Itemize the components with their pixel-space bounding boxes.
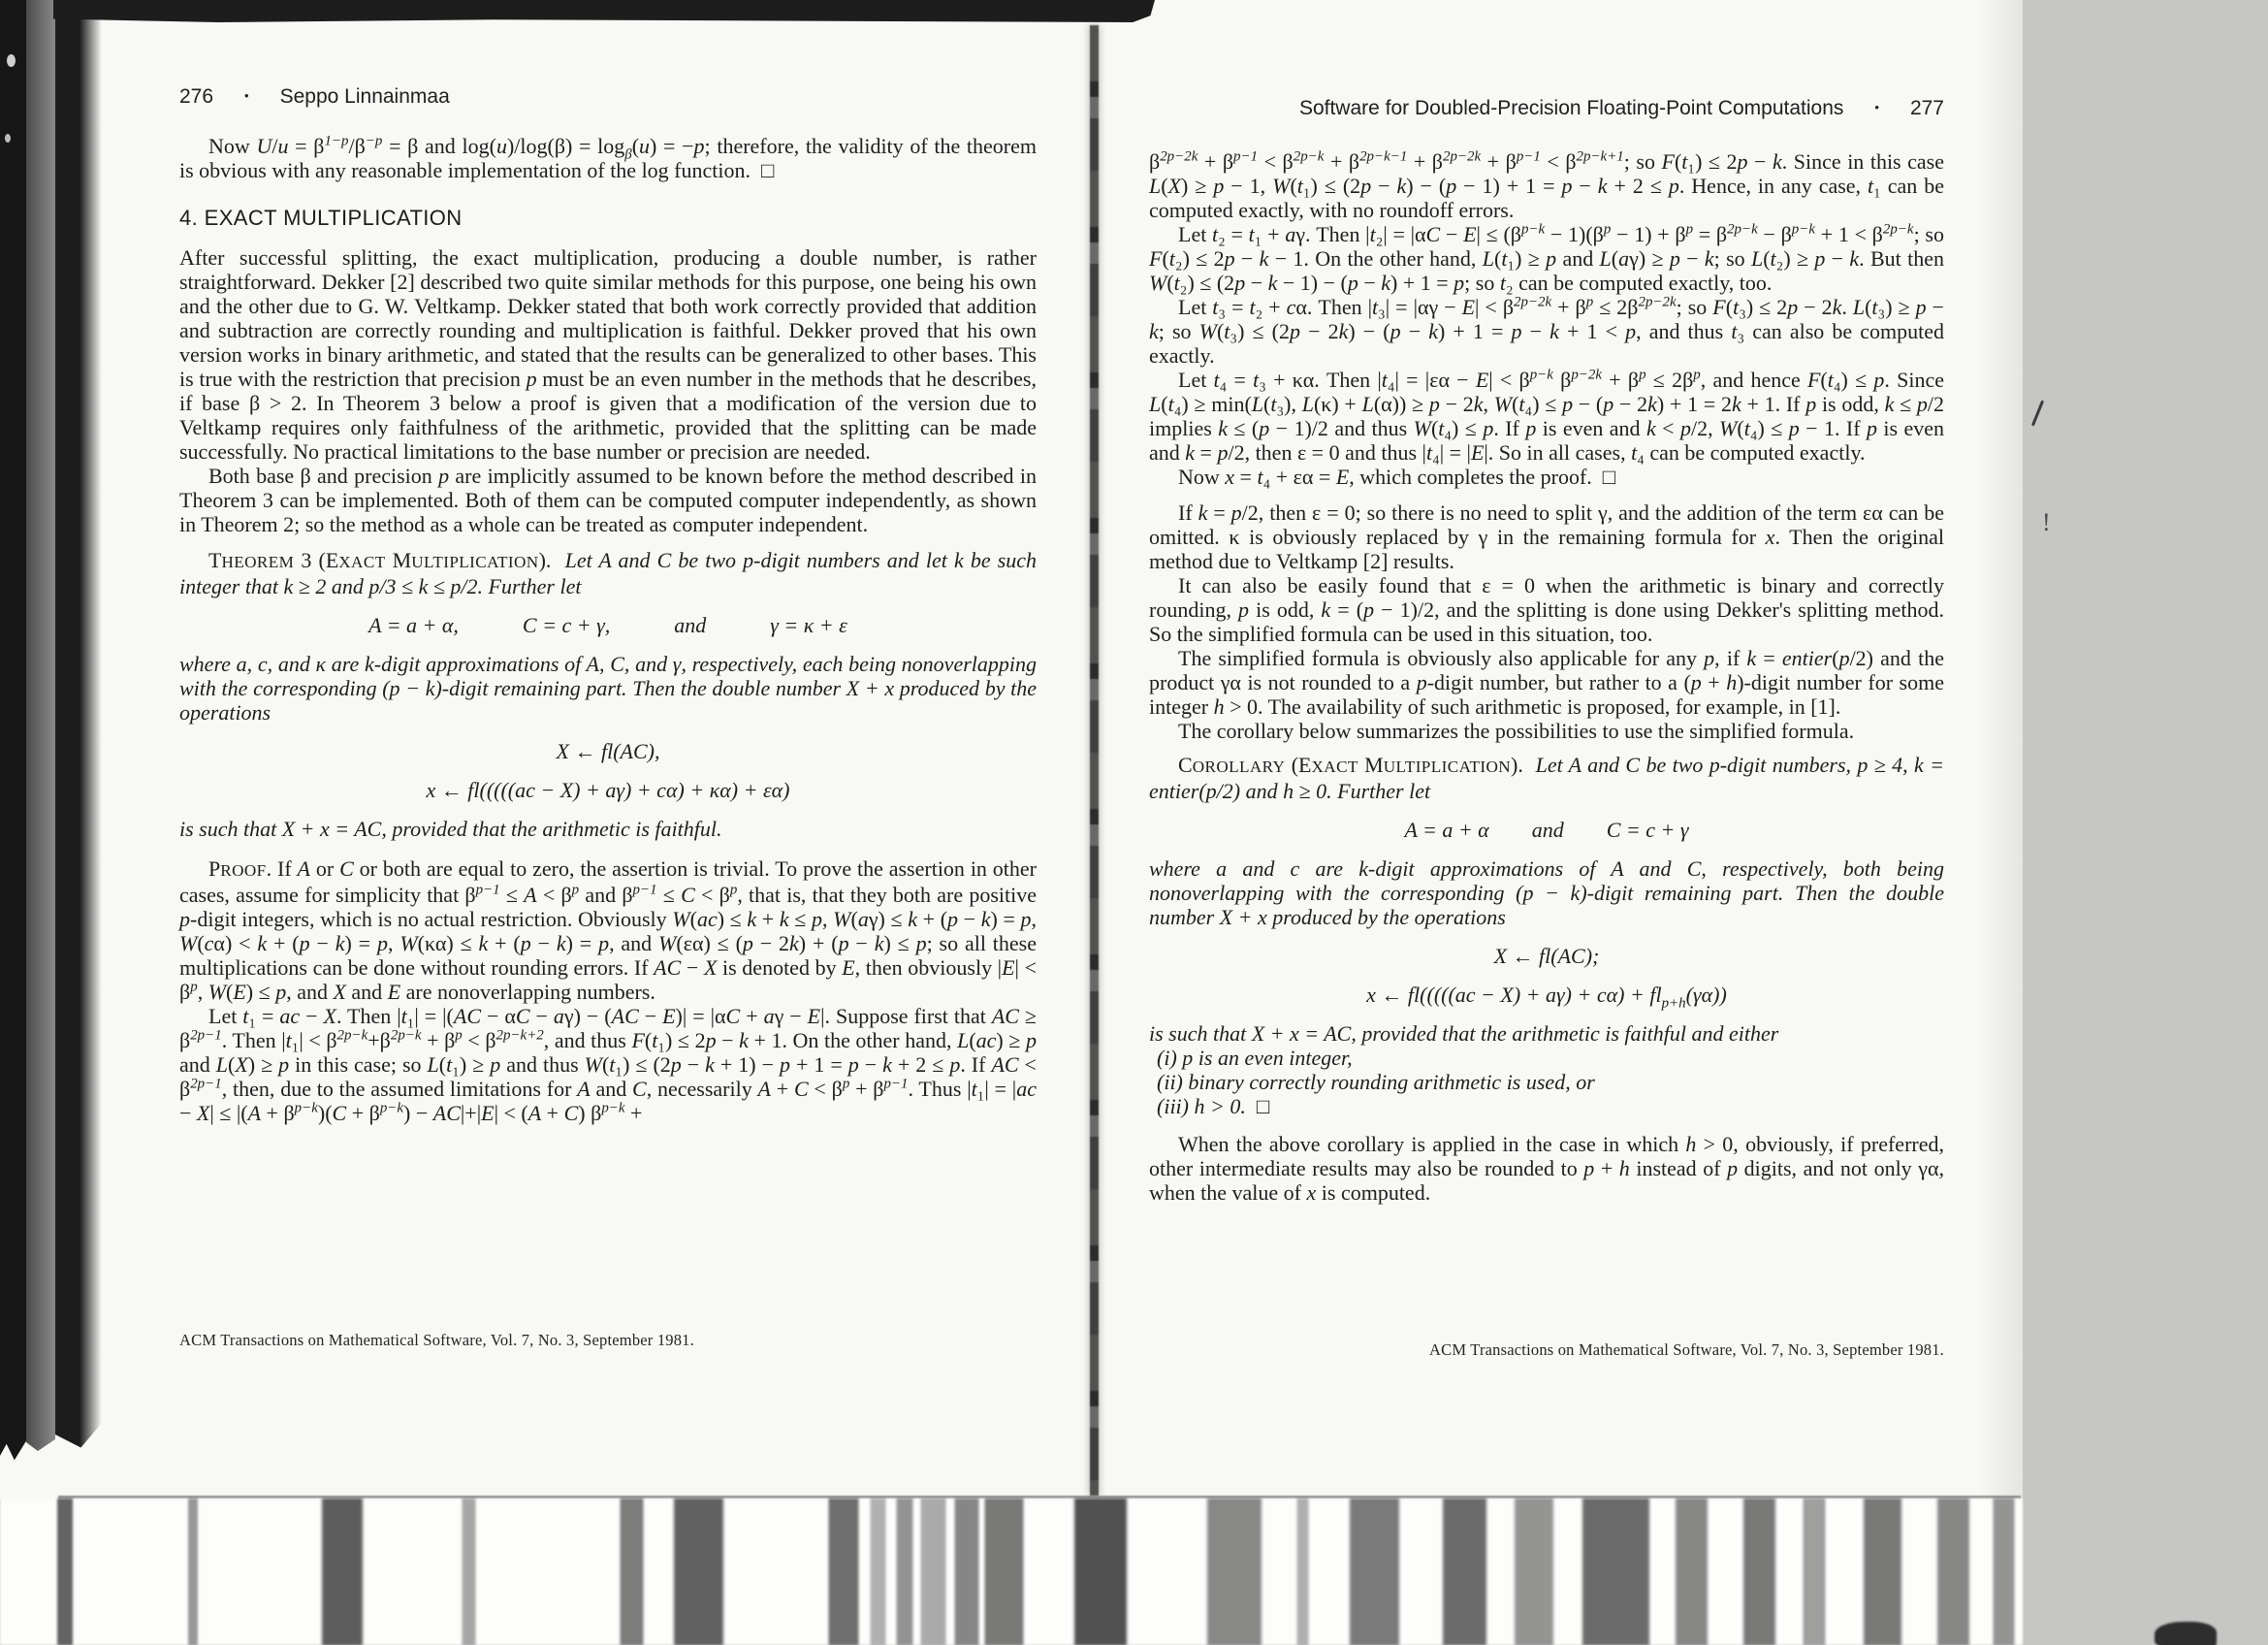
proof-paragraph-t3: Let t₃ = t₂ + cα. Then |t₃| = |αγ − E| <…: [1149, 295, 1944, 368]
header-bullet-icon: •: [244, 88, 249, 103]
equation-x-fl-expansion-2: x ← fl(((((ac − X) + aγ) + cα) + flp+h(γ…: [1149, 983, 1944, 1007]
corollary-condition-ii: (ii) binary correctly rounding arithmeti…: [1149, 1070, 1944, 1094]
journal-footer-right: ACM Transactions on Mathematical Softwar…: [1149, 1340, 1944, 1360]
book-spine-grey-edge: [26, 0, 55, 1460]
proof-paragraph-t2: Let t₂ = t₁ + aγ. Then |t₂| = |αC − E| ≤…: [1149, 222, 1944, 295]
page-right-edge-shade: [1978, 0, 2023, 1500]
right-running-head: Software for Doubled-Precision Floating-…: [1149, 97, 1944, 120]
corollary-where-clause: where a and c are k-digit approximations…: [1149, 856, 1944, 929]
page-number-right: 277: [1910, 97, 1944, 120]
journal-footer-left: ACM Transactions on Mathematical Softwar…: [179, 1331, 694, 1350]
scan-stray-mark: !: [2042, 508, 2051, 537]
equation-splitting: A = a + α, C = c + γ, and γ = κ + ε: [179, 613, 1037, 637]
scan-top-black-bar: [53, 0, 1155, 22]
running-head-title: Software for Doubled-Precision Floating-…: [1299, 97, 1843, 120]
paragraph-theorem-conclusion: Now U/u = β1−p/β−p = β and log(u)/log(β)…: [179, 134, 1037, 182]
proof-paragraph-1: PROOF. If A or C or both are equal to ze…: [179, 856, 1037, 1004]
scan-stray-mark: [2031, 400, 2044, 426]
paragraph-when-corollary-applied: When the above corollary is applied in t…: [1149, 1132, 1944, 1205]
left-page-column: 276 • Seppo Linnainmaa Now U/u = β1−p/β−…: [179, 85, 1037, 1125]
paragraph-after-splitting: After successful splitting, the exact mu…: [179, 245, 1037, 464]
proof-completion: Now x = t₄ + εα = E, which completes the…: [1149, 465, 1944, 489]
book-spine-shadow: [55, 0, 102, 1455]
corollary-condition-iii: (iii) h > 0. □: [1149, 1094, 1944, 1118]
equation-X-fl-AC-2: X ← fl(AC);: [1149, 944, 1944, 968]
corollary-conclusion: is such that X + x = AC, provided that t…: [1149, 1021, 1944, 1046]
scanned-paper-spread: { "document": { "left_page": { "page_num…: [0, 0, 2268, 1645]
theorem-3-statement: THEOREM 3 (EXACT MULTIPLICATION). Let A …: [179, 548, 1037, 598]
paragraph-corollary-intro: The corollary below summarizes the possi…: [1149, 719, 1944, 743]
right-page-column: Software for Doubled-Precision Floating-…: [1149, 97, 1944, 1205]
paragraph-if-k: If k = p/2, then ε = 0; so there is no n…: [1149, 500, 1944, 573]
book-spine-black-edge: [0, 0, 26, 1470]
proof-paragraph-2: Let t₁ = ac − X. Then |t₁| = |(AC − αC −…: [179, 1004, 1037, 1125]
theorem-3-where-clause: where a, c, and κ are k-digit approximat…: [179, 652, 1037, 725]
scan-speck: [5, 134, 11, 143]
paragraph-both-base: Both base β and precision p are implicit…: [179, 464, 1037, 536]
running-head-author: Seppo Linnainmaa: [280, 85, 450, 109]
proof-paragraph-t4: Let t₄ = t₃ + κα. Then |t₄| = |εα − E| <…: [1149, 368, 1944, 465]
paragraph-simplified-formula: The simplified formula is obviously also…: [1149, 646, 1944, 719]
proof-continuation-beta: β2p−2k + βp−1 < β2p−k + β2p−k−1 + β2p−2k…: [1149, 149, 1944, 222]
equation-X-fl-AC: X ← fl(AC),: [179, 739, 1037, 763]
book-page-edges: [0, 1499, 2023, 1645]
paragraph-it-can-also: It can also be easily found that ε = 0 w…: [1149, 573, 1944, 646]
scan-corner-shadow: [2155, 1622, 2217, 1645]
scan-speck: [7, 54, 16, 67]
header-bullet-icon: •: [1874, 100, 1879, 114]
corollary-condition-i: (i) p is an even integer,: [1149, 1046, 1944, 1070]
section-heading-exact-multiplication: 4. EXACT MULTIPLICATION: [179, 206, 1037, 231]
theorem-3-conclusion: is such that X + x = AC, provided that t…: [179, 817, 1037, 841]
corollary-statement: COROLLARY (EXACT MULTIPLICATION). Let A …: [1149, 753, 1944, 803]
page-number-left: 276: [179, 85, 213, 109]
equation-a-c-split: A = a + α and C = c + γ: [1149, 818, 1944, 842]
left-running-head: 276 • Seppo Linnainmaa: [179, 85, 1037, 109]
book-gutter-shadow: [1090, 25, 1099, 1496]
equation-x-fl-expansion: x ← fl(((((ac − X) + aγ) + cα) + κα) + ε…: [179, 778, 1037, 802]
